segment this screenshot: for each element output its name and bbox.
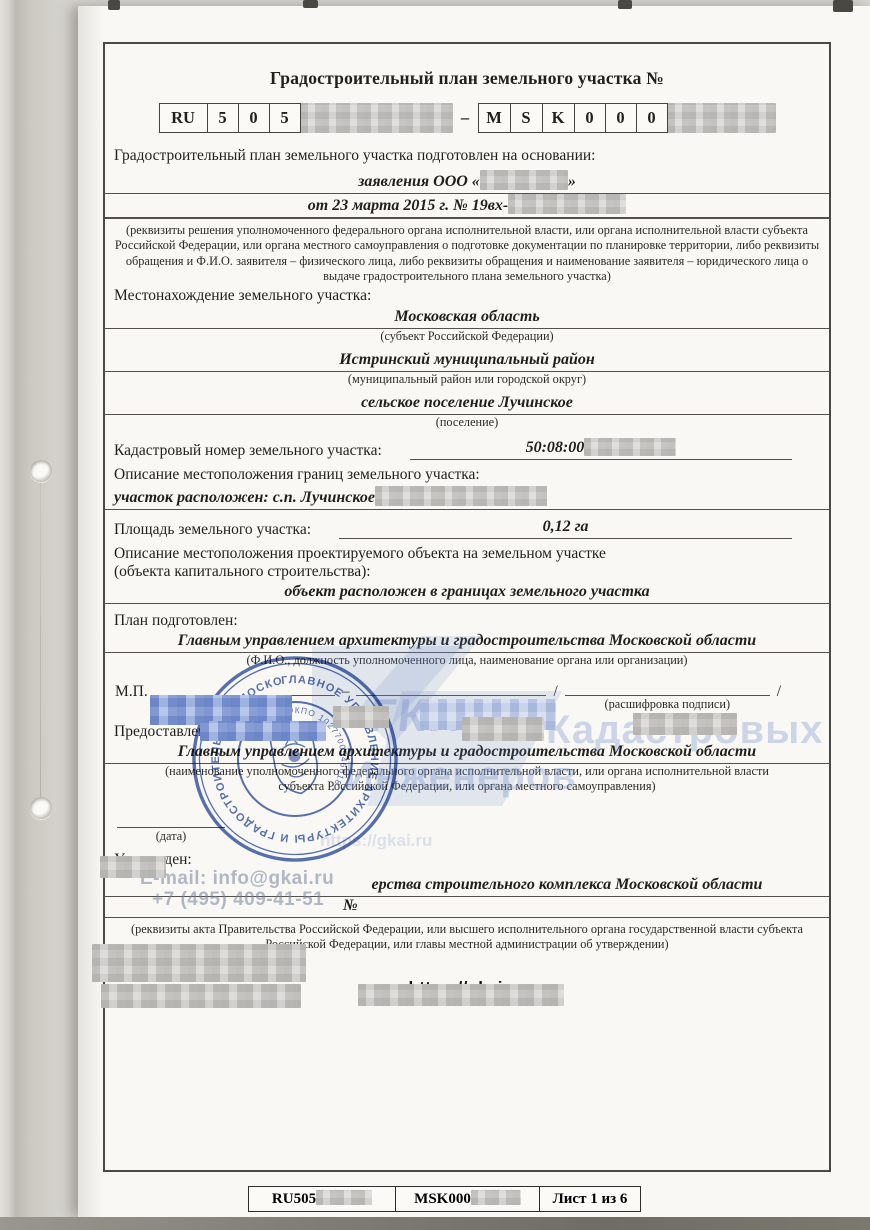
document-title: Градостроительный план земельного участк… — [105, 68, 829, 89]
application-date-text: от 23 марта 2015 г. № 19вх- — [308, 197, 508, 214]
prepared-org-line: Главным управлением архитектуры и градос… — [105, 632, 829, 653]
decode-caption: (расшифровка подписи) — [565, 697, 770, 712]
redaction-block — [471, 1190, 521, 1205]
signature-decode-field: (расшифровка подписи) — [565, 676, 770, 712]
object-location-label: Описание местоположения проектируемого о… — [105, 545, 829, 581]
basis-caption: (реквизиты решения уполномоченного федер… — [105, 223, 829, 284]
redaction-block — [100, 856, 166, 878]
binding-hole-top — [30, 460, 52, 482]
redaction-block — [200, 721, 326, 741]
redaction-block — [92, 944, 306, 982]
basis-intro: Градостроительный план земельного участк… — [105, 147, 829, 165]
applicant-line: заявления ООО «» — [105, 170, 829, 194]
applicant-quote: » — [568, 173, 576, 190]
footer-cell-gpzu: RU505 — [249, 1187, 396, 1211]
object-location-label-line2: (объекта капитального строительства): — [114, 563, 820, 581]
number-cell: 0 — [606, 103, 637, 133]
approved-number-line: № — [105, 897, 829, 918]
object-location-label-line1: Описание местоположения проектируемого о… — [114, 545, 820, 563]
number-cell: RU — [159, 103, 208, 133]
cadastral-row: Кадастровый номер земельного участка: 50… — [105, 438, 829, 460]
region-line: Московская область — [105, 308, 829, 329]
redaction-block — [633, 713, 737, 735]
area-row: Площадь земельного участка: 0,12 га — [105, 518, 829, 539]
scan-artifact — [108, 0, 120, 10]
area-label: Площадь земельного участка: — [114, 521, 311, 539]
number-cell: 5 — [270, 103, 301, 133]
scanned-document: ГКИ Кадастровых Инженеров E-mail: info@g… — [0, 0, 870, 1230]
footer-msk-text: MSK000 — [414, 1191, 471, 1207]
area-value: 0,12 га — [339, 518, 792, 539]
number-cell: 5 — [208, 103, 239, 133]
redaction-block — [462, 717, 544, 741]
scan-artifact — [303, 0, 318, 8]
footer-gpzu-text: RU505 — [272, 1191, 316, 1207]
redaction-block — [301, 103, 453, 133]
boundaries-label: Описание местоположения границ земельног… — [105, 466, 829, 484]
prepared-label: План подготовлен: — [105, 612, 829, 630]
redaction-block — [316, 1190, 372, 1205]
boundaries-text: участок расположен: с.п. Лучинское — [114, 489, 375, 506]
cadastral-label: Кадастровый номер земельного участка: — [114, 442, 382, 460]
region-caption: (субъект Российской Федерации) — [105, 329, 829, 344]
footer-cell-sheet: Лист 1 из 6 — [540, 1187, 640, 1211]
application-date-line: от 23 марта 2015 г. № 19вх- — [105, 194, 829, 219]
binding-hole-bottom — [30, 797, 52, 819]
stamp-place-label: М.П. — [115, 676, 148, 701]
redaction-block — [480, 170, 568, 190]
object-location-value-line: объект расположен в границах земельного … — [105, 583, 829, 604]
settlement-line: сельское поселение Лучинское — [105, 394, 829, 415]
footer-table: RU505 MSK000 Лист 1 из 6 — [248, 1186, 641, 1212]
number-cell: S — [511, 103, 543, 133]
number-cell: K — [543, 103, 575, 133]
number-cell: M — [478, 103, 511, 133]
page-fold-shadow — [78, 6, 104, 1217]
number-cell: 0 — [575, 103, 606, 133]
scan-artifact — [833, 0, 853, 12]
redaction-block — [375, 486, 547, 506]
number-cell: 0 — [637, 103, 668, 133]
slash-separator: / — [553, 676, 557, 701]
district-line: Истринский муниципальный район — [105, 351, 829, 372]
boundaries-value-line: участок расположен: с.п. Лучинское — [105, 486, 829, 510]
redaction-block — [508, 194, 626, 214]
location-label: Местонахождение земельного участка: — [105, 287, 829, 305]
footer-cell-msk: MSK000 — [396, 1187, 540, 1211]
applicant-text: заявления ООО « — [358, 173, 480, 190]
settlement-caption: (поселение) — [105, 415, 829, 430]
cadastral-number-text: 50:08:00 — [526, 439, 585, 456]
binding-crease — [40, 482, 41, 812]
redaction-block — [333, 706, 389, 728]
number-cell: 0 — [239, 103, 270, 133]
district-caption: (муниципальный район или городской округ… — [105, 372, 829, 387]
gpzu-number-row: RU 5 0 5 – M S K 0 0 0 — [105, 103, 829, 133]
redaction-block — [584, 438, 676, 456]
redaction-block — [668, 103, 776, 133]
redaction-block — [101, 984, 301, 1008]
official-stamp: ГЛАВНОЕ УПРАВЛЕНИЕ АРХИТЕКТУРЫ И ГРАДОСТ… — [188, 652, 402, 866]
cadastral-value: 50:08:00 — [410, 438, 792, 460]
scan-artifact — [618, 0, 632, 9]
approved-org-line: ерства строительного комплекса Московско… — [105, 876, 829, 897]
slash-separator: / — [777, 676, 781, 701]
redaction-block — [358, 984, 564, 1006]
decode-underline — [565, 676, 770, 696]
scan-edge-strip — [0, 1217, 870, 1230]
number-separator: – — [453, 103, 478, 133]
